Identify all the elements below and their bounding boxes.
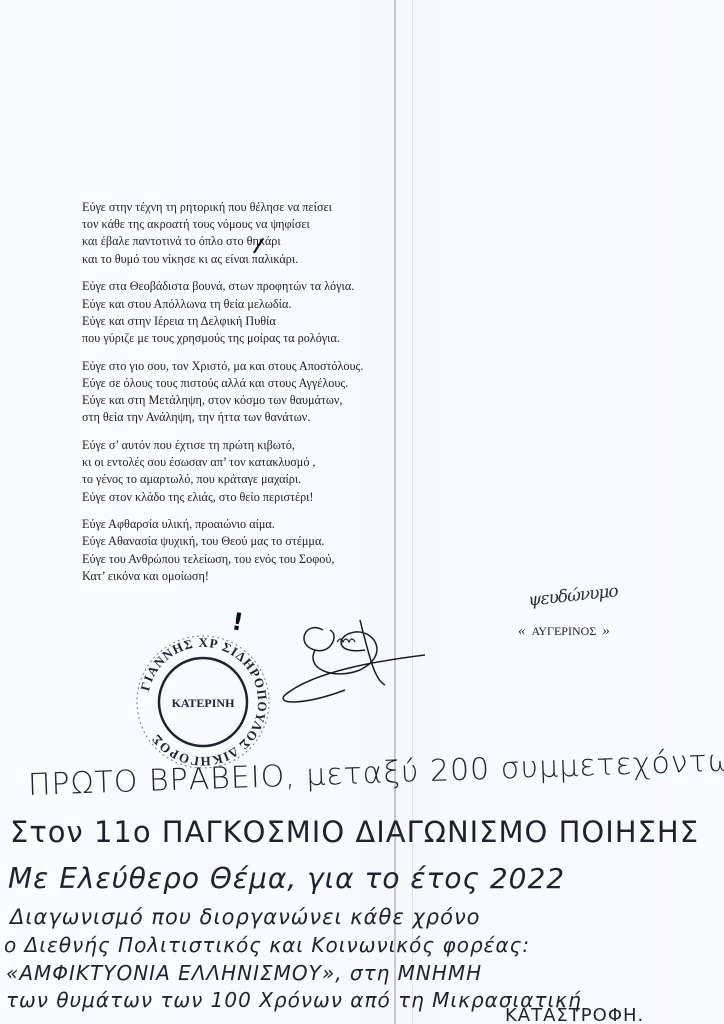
- poem-line: το γένος το αμαρτωλό, που κράταγε μαχαίρ…: [82, 471, 363, 488]
- poem-line: Εύγε και στου Απόλλωνα τη θεία μελωδία.: [82, 296, 363, 313]
- note-line-1: ΠΡΩΤΟ ΒΡΑΒΕΙΟ, μεταξύ 200 συμμετεχόντων: [27, 743, 724, 803]
- note-line-8: ΚΑΤΑΣΤΡΟΦΗ.: [505, 1005, 644, 1024]
- poem-line: στη θεία την Ανάληψη, την ήττα των θανάτ…: [82, 409, 363, 426]
- poem-line: κι οι εντολές σου έσωσαν απ’ τον κατακλυ…: [82, 454, 363, 471]
- poem-line: Εύγε και στη Μετάληψη, στον κόσμο των θα…: [82, 392, 363, 409]
- poem-line: Εύγε Αθανασία ψυχική, του Θεού μας το στ…: [82, 533, 363, 550]
- poem-line: Εύγε στην τέχνη τη ρητορική που θέλησε ν…: [82, 199, 363, 216]
- scanned-page: Εύγε στην τέχνη τη ρητορική που θέλησε ν…: [0, 0, 724, 1024]
- poem-line: Εύγε σε όλους τους πιστούς αλλά και στου…: [82, 375, 363, 392]
- poem-stanza-1: Εύγε στην τέχνη τη ρητορική που θέλησε ν…: [82, 199, 363, 268]
- poem-line: Εύγε και στην Ιέρεια τη Δελφική Πυθία: [82, 313, 363, 330]
- pseudonym-label: ψευδώνυμο: [527, 581, 618, 610]
- svg-text:ΚΑΤΕΡΙΝΗ: ΚΑΤΕΡΙΝΗ: [172, 696, 236, 710]
- handwritten-signature: [275, 600, 425, 710]
- author-name: ΑΥΓΕΡΙΝΟΣ: [532, 624, 597, 638]
- note-line-6: «ΑΜΦΙΚΤΥΟΝΙΑ ΕΛΛΗΝΙΣΜΟΥ», στη ΜΝΗΜΗ: [6, 961, 482, 985]
- poem-stanza-5: Εύγε Αφθαρσία υλική, προαιώνιο αίμα. Εύγ…: [82, 516, 363, 585]
- poem-stanza-4: Εύγε σ’ αυτόν που έχτισε τη πρώτη κιβωτό…: [82, 437, 363, 506]
- note-line-4: Διαγωνισμό που διοργανώνει κάθε χρόνο: [10, 905, 481, 929]
- note-line-7: των θυμάτων των 100 Χρόνων από τη Μικρασ…: [6, 988, 582, 1012]
- poem-line: Εύγε στο γιο σου, τον Χριστό, μα και στο…: [82, 358, 363, 375]
- poem-line: Εύγε στα Θεοβάδιστα βουνά, στων προφητών…: [82, 278, 363, 295]
- poem-line: Εύγε στον κλάδο της ελιάς, στο θείο περι…: [82, 489, 363, 506]
- note-line-5: ο Διεθνής Πολιτιστικός και Κοινωνικός φο…: [4, 933, 530, 957]
- poem-line: Εύγε σ’ αυτόν που έχτισε τη πρώτη κιβωτό…: [82, 437, 363, 454]
- poem-line: Εύγε του Ανθρώπου τελείωση, του ενός του…: [82, 551, 363, 568]
- poem-line: που γύριζε με τους χρησμούς της μοίρας τ…: [82, 330, 363, 347]
- note-line-2: Στον 11ο ΠΑΓΚΟΣΜΙΟ ΔΙΑΓΩΝΙΣΜΟ ΠΟΙΗΣΗΣ: [10, 815, 699, 849]
- author-open-quote: «: [518, 623, 526, 639]
- poem-stanza-3: Εύγε στο γιο σου, τον Χριστό, μα και στο…: [82, 358, 363, 427]
- note-line-3: Με Ελεύθερο Θέμα, για το έτος 2022: [8, 862, 565, 895]
- lawyer-stamp: ΓΙΑΝΝΗΣ ΧΡ ΣΙΔΗΡΟΠΟΥΛΟΣ ΔΙΚΗΓΟΡΟΣ ΚΑΤΕΡΙ…: [133, 632, 273, 772]
- poem-line: Κατ’ εικόνα και ομοίωση!: [82, 568, 363, 585]
- poem-line: και έβαλε παντοτινά το όπλο στο θηκάρι: [82, 233, 363, 250]
- poem-line: και το θυμό του νίκησε κι ας είναι παλικ…: [82, 251, 363, 268]
- author-name-line: «ΑΥΓΕΡΙΝΟΣ»: [512, 623, 616, 640]
- poem-line: τον κάθε της ακροατή τους νόμους να ψηφί…: [82, 216, 363, 233]
- poem: Εύγε στην τέχνη τη ρητορική που θέλησε ν…: [82, 199, 363, 596]
- poem-line: Εύγε Αφθαρσία υλική, προαιώνιο αίμα.: [82, 516, 363, 533]
- author-close-quote: »: [602, 623, 610, 639]
- poem-stanza-2: Εύγε στα Θεοβάδιστα βουνά, στων προφητών…: [82, 278, 363, 347]
